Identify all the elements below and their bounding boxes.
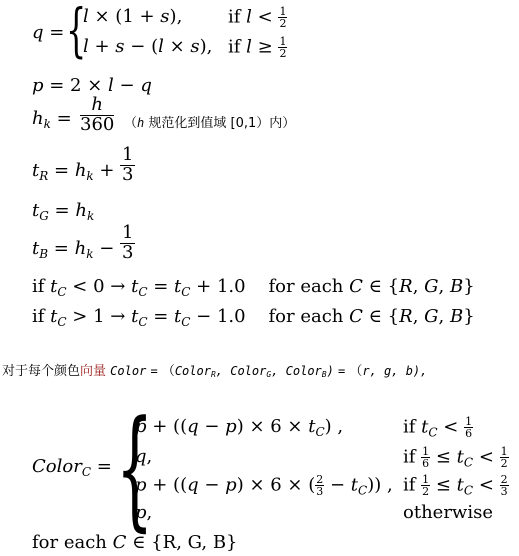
tR-formula: tR = hk + 13	[32, 148, 115, 171]
color-case-2: q,	[135, 446, 152, 467]
p-formula: p = 2 × l − q	[32, 75, 152, 96]
color-cond-1: if tC < 16	[403, 416, 473, 440]
wrap-rule-negative: if tC < 0 → tC = tC + 1.0 for each C ∈ {…	[32, 276, 475, 299]
wrap-rule-over-one: if tC > 1 → tC = tC − 1.0 for each C ∈ {…	[32, 306, 475, 329]
tG-formula: tG = hk	[32, 200, 94, 223]
color-case-3: p + ((q − p) × 6 × (23 − tC)) ,	[135, 474, 393, 498]
tB-formula: tB = hk − 13	[32, 226, 114, 249]
hk-note: （h 规范化到值域 [0,1）内）	[124, 112, 295, 131]
q-case-2-cond: if l ≥ 12	[228, 36, 287, 59]
color-case-4: p,	[135, 502, 152, 523]
q-case-2: l + s − (l × s),	[83, 36, 212, 57]
vector-line: 对于每个颜色向量 Color = （ColorR, ColorG, ColorB…	[2, 360, 427, 379]
color-cond-4: otherwise	[403, 502, 493, 523]
color-case-1: p + ((q − p) × 6 × tC) ,	[135, 416, 343, 439]
color-footer: for each C ∈ {R, G, B}	[32, 532, 238, 553]
color-cond-2: if 16 ≤ tC < 12	[403, 446, 509, 470]
vector-link[interactable]: 向量	[80, 364, 106, 379]
q-case-1-cond: if l < 12	[228, 6, 287, 29]
q-case-1: l × (1 + s),	[83, 6, 182, 27]
hk-formula: hk = h360 （h 规范化到值域 [0,1）内）	[32, 98, 72, 121]
q-lhs: q =	[32, 22, 64, 43]
color-cond-3: if 12 ≤ tC < 23	[403, 474, 509, 498]
color-lhs: ColorC =	[32, 456, 112, 479]
